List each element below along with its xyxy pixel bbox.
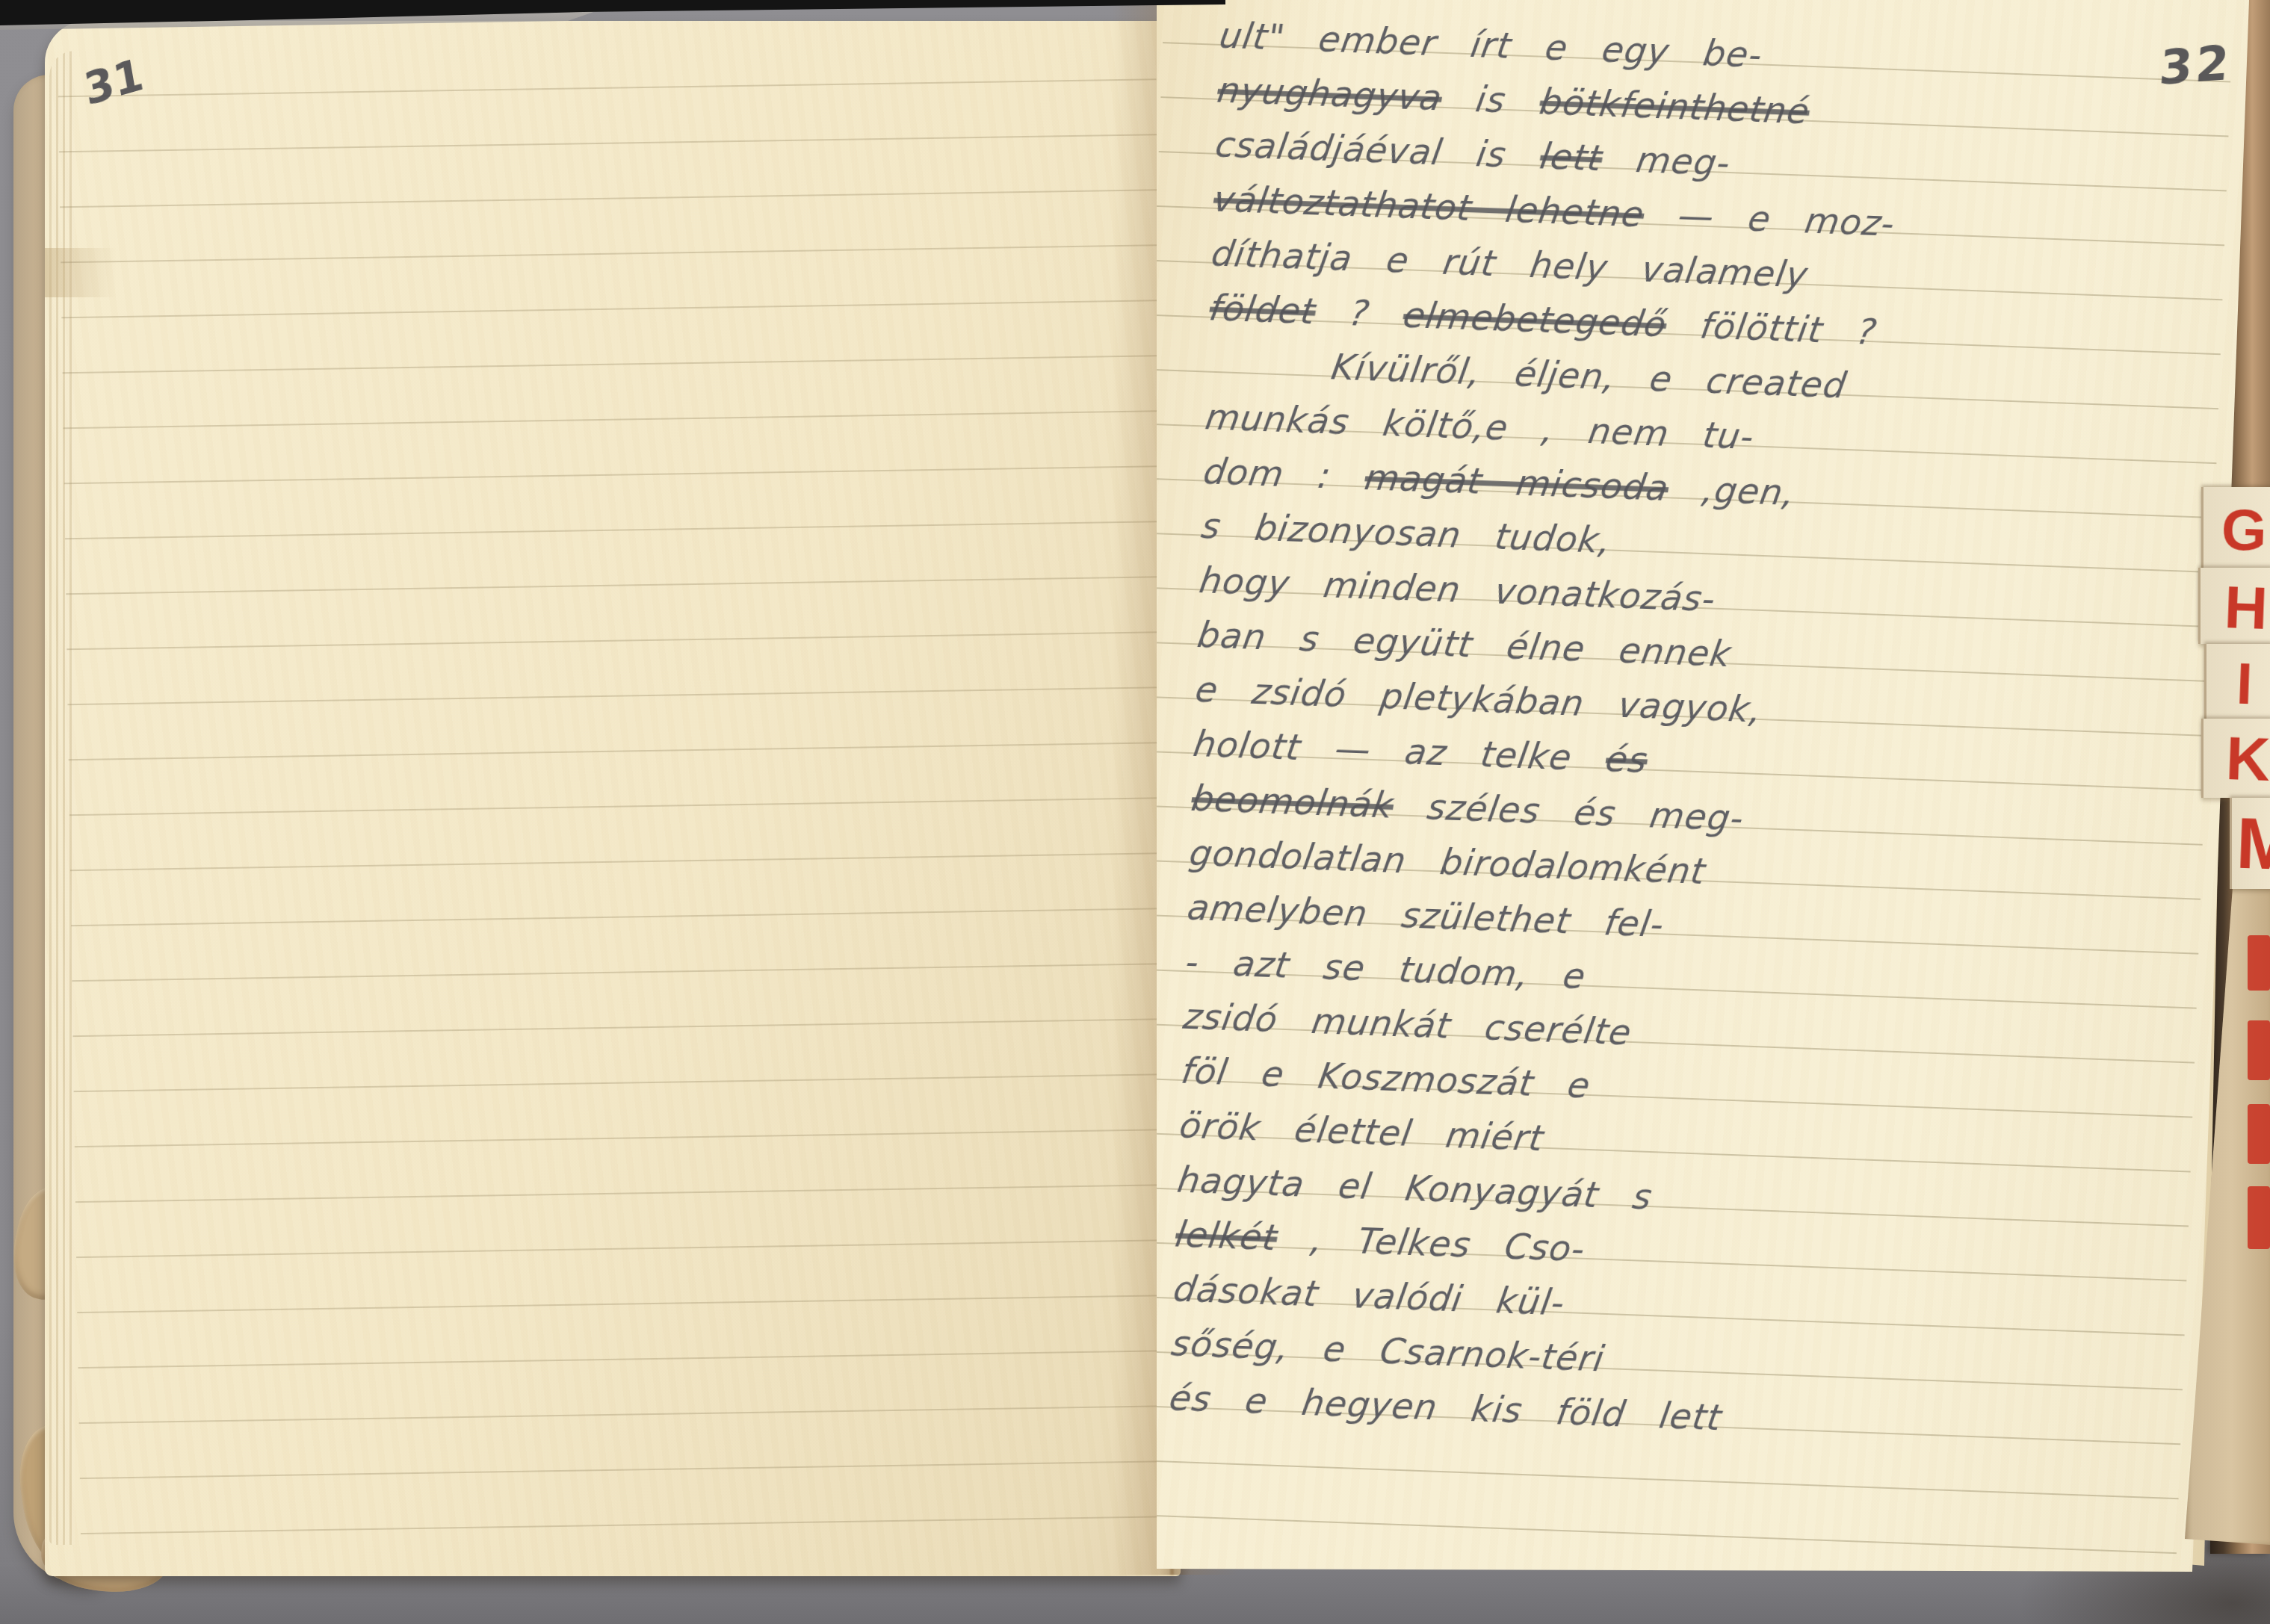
index-tab-m: M <box>2230 798 2270 889</box>
ruled-line <box>79 1405 1178 1424</box>
ruled-line <box>61 244 1159 263</box>
struck-through-word: és <box>1603 740 1651 782</box>
ruled-line <box>63 355 1161 374</box>
handwritten-word: és e hegyen kis föld lett <box>1166 1378 1725 1439</box>
handwritten-word: e zsidó pletykában vagyok, <box>1193 669 1765 731</box>
handwriting-line: családjáéval is lett meg- <box>1213 125 1734 185</box>
right-page-content: ult" ember írt e egy be-nyughagyva is bö… <box>1101 0 2250 1609</box>
notebook-scan: { "scan": { "left_page": { "page_number"… <box>0 0 2270 1624</box>
handwritten-word: ? <box>1312 292 1407 336</box>
handwritten-word: családjáéval is <box>1213 125 1544 178</box>
handwritten-word: örök élettel miért <box>1177 1106 1547 1160</box>
struck-through-word: földet <box>1207 288 1319 333</box>
index-tab-h: H <box>2198 568 2270 644</box>
handwritten-word: — e moz- <box>1641 195 1898 245</box>
handwritten-word: s bizonyosan tudok, <box>1199 506 1614 562</box>
handwriting-line: amelyben születhet fel- <box>1184 887 1667 946</box>
ruled-line <box>72 1018 1171 1037</box>
ruled-line <box>72 963 1170 982</box>
struck-through-word: változtathatot lehetne <box>1210 179 1648 236</box>
handwriting-line: nyughagyva is bötkfeinthetné <box>1214 70 1813 133</box>
ruled-line <box>1110 1459 2178 1499</box>
ruled-line <box>69 797 1168 816</box>
index-tab-i: I <box>2204 644 2270 719</box>
handwritten-word: Kívülről, éljen, e created <box>1329 347 1849 407</box>
ruled-line <box>1109 1513 2177 1554</box>
tab-letter: K <box>2224 724 2270 796</box>
page-number-right: 32 <box>2157 35 2233 96</box>
handwritten-word: fölöttit ? <box>1663 305 1880 353</box>
index-tab-k: K <box>2201 719 2270 798</box>
tab-letter: G <box>2220 495 2268 565</box>
handwriting-line: hogy minden vonatkozás- <box>1196 561 1719 621</box>
handwritten-word: amelyben születhet fel- <box>1184 887 1667 946</box>
handwritten-word: ult" ember írt e egy be- <box>1216 16 1766 76</box>
handwriting-line: ult" ember írt e egy be- <box>1216 16 1766 76</box>
clipped-tab-letter-n <box>2248 935 2270 991</box>
ruled-line <box>81 1516 1179 1534</box>
handwriting-line: örök élettel miért <box>1177 1106 1547 1160</box>
ruled-line <box>75 1184 1174 1203</box>
handwritten-word: ,gen, <box>1665 468 1798 514</box>
handwritten-word: holott — az telke <box>1190 724 1609 780</box>
ruled-line <box>80 1460 1178 1479</box>
struck-through-word: magát micsoda <box>1362 458 1672 510</box>
ruled-line <box>61 300 1160 318</box>
handwriting-line: beomolnák széles és meg- <box>1189 778 1747 840</box>
clipped-tab-letter-p <box>2248 1104 2270 1164</box>
ruled-line <box>64 410 1162 429</box>
handwritten-word: dásokat valódi kül- <box>1171 1269 1568 1324</box>
ruled-line <box>58 78 1157 97</box>
handwritten-word: munkás költő,e , nem tu- <box>1202 397 1757 459</box>
handwriting-line: holott — az telke és <box>1190 724 1651 781</box>
tab-letter: M <box>2235 803 2270 887</box>
ruled-line <box>65 521 1163 539</box>
handwriting-line: gondolatlan birodalomként <box>1187 833 1709 893</box>
tab-letter: I <box>2235 650 2254 719</box>
ruled-line <box>74 1073 1172 1092</box>
handwriting-line: Kívülről, éljen, e created <box>1329 347 1849 407</box>
handwriting-line: munkás költő,e , nem tu- <box>1202 397 1757 459</box>
ruled-line <box>75 1129 1173 1147</box>
handwritten-word: ban s együtt élne ennek <box>1195 615 1734 675</box>
struck-through-word: elmebetegedő <box>1400 295 1670 346</box>
ruled-line <box>66 576 1164 595</box>
tab-letter: H <box>2223 573 2269 643</box>
ruled-lines-left <box>57 4 1187 1576</box>
clipped-tab-letter-s <box>2248 1186 2270 1249</box>
ruled-line <box>76 1239 1175 1258</box>
handwriting-line: e zsidó pletykában vagyok, <box>1193 669 1765 731</box>
ruled-line <box>67 687 1166 705</box>
right-page: ult" ember írt e egy be-nyughagyva is bö… <box>1157 0 2249 1572</box>
handwriting-line: föl e Koszmoszát e <box>1178 1051 1593 1107</box>
ruled-line <box>59 134 1157 152</box>
handwritten-word: meg- <box>1599 139 1734 185</box>
handwritten-word: - azt se tudom, e <box>1183 942 1589 997</box>
ruled-line <box>78 1350 1176 1369</box>
struck-through-word: nyughagyva <box>1214 70 1445 120</box>
ruled-line <box>71 908 1169 926</box>
handwritten-word: széles és meg- <box>1390 786 1747 840</box>
handwriting-line: s bizonyosan tudok, <box>1199 506 1614 562</box>
handwriting-line: sőség, e Csarnok-téri <box>1169 1324 1607 1380</box>
ruled-line <box>70 852 1169 871</box>
struck-through-word: bötkfeinthetné <box>1537 82 1813 133</box>
handwriting-line: dom : magát micsoda ,gen, <box>1201 452 1799 515</box>
ruled-line <box>69 742 1167 760</box>
handwriting-line: és e hegyen kis föld lett <box>1166 1378 1725 1439</box>
handwritten-word: föl e Koszmoszát e <box>1178 1051 1593 1107</box>
handwritten-word: zsidó munkát cserélte <box>1181 997 1635 1054</box>
handwritten-word: dom : <box>1201 452 1369 499</box>
ruled-line <box>77 1295 1175 1313</box>
handwritten-word: hagyta el Konyagyát s <box>1175 1160 1655 1218</box>
handwritten-word: is <box>1438 78 1543 123</box>
handwritten-word: hogy minden vonatkozás- <box>1196 561 1719 621</box>
handwriting-line: zsidó munkát cserélte <box>1181 997 1635 1054</box>
handwriting-line: lelkét , Telkes Cso- <box>1172 1215 1588 1271</box>
handwritten-word: , Telkes Cso- <box>1274 1218 1589 1271</box>
handwriting-line: hagyta el Konyagyát s <box>1175 1160 1655 1218</box>
handwriting-line: földet ? elmebetegedő fölöttit ? <box>1207 288 1880 353</box>
handwriting-line: díthatja e rút hely valamely <box>1208 234 1810 297</box>
index-tab-g: G <box>2201 487 2270 568</box>
handwritten-word: díthatja e rút hely valamely <box>1208 234 1810 297</box>
handwritten-word: gondolatlan birodalomként <box>1187 833 1709 893</box>
handwritten-word: sőség, e Csarnok-téri <box>1169 1324 1607 1380</box>
handwriting-line: dásokat valódi kül- <box>1171 1269 1568 1324</box>
handwriting-line: változtathatot lehetne — e moz- <box>1210 179 1898 245</box>
handwriting-line: ban s együtt élne ennek <box>1195 615 1734 675</box>
struck-through-word: lett <box>1537 137 1606 180</box>
left-page: 31 <box>45 21 1181 1576</box>
clipped-tab-letter-o <box>2248 1020 2270 1080</box>
ruled-line <box>60 189 1158 208</box>
ruled-line <box>64 465 1163 484</box>
handwriting-line: - azt se tudom, e <box>1183 942 1589 997</box>
ruled-line <box>67 631 1165 650</box>
struck-through-word: lelkét <box>1172 1215 1280 1259</box>
struck-through-word: beomolnák <box>1189 778 1397 827</box>
